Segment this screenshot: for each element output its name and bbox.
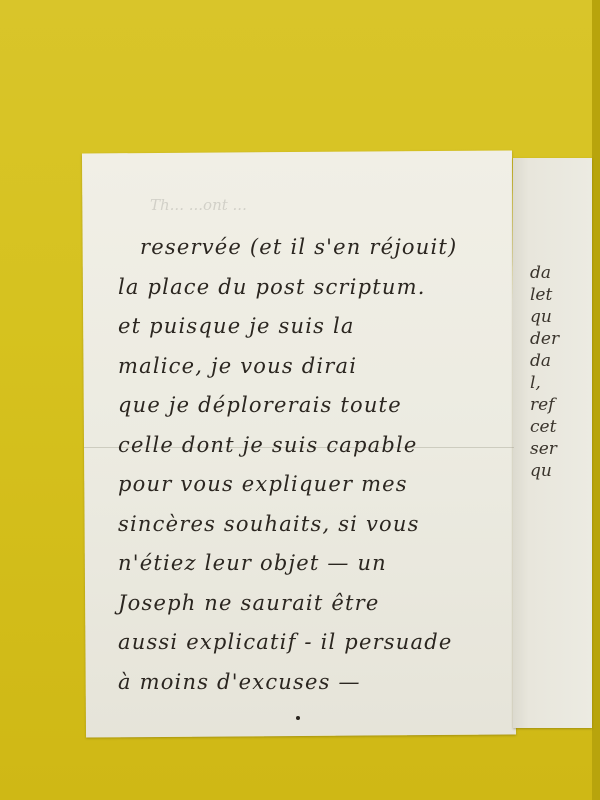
facing-page-text: da let qu der da l, ref cet ser qu (530, 262, 592, 482)
text-line: et puisque je suis la (118, 307, 528, 347)
handwritten-text: reservée (et il s'en réjouit) la place d… (118, 228, 528, 702)
text-line: que je déplorerais toute (118, 386, 528, 426)
bleed-through-text: Th... ...ont ... (150, 196, 247, 214)
text-fragment: da (530, 350, 592, 372)
text-line: malice, je vous dirai (118, 347, 528, 387)
ink-dot (296, 716, 300, 720)
text-line: la place du post scriptum. (118, 268, 528, 308)
text-fragment: ser (530, 438, 592, 460)
text-line: n'étiez leur objet — un (118, 544, 528, 584)
background-shadow-band (592, 0, 600, 800)
text-fragment: qu (530, 306, 592, 328)
text-fragment: let (530, 284, 592, 306)
text-fragment: ref (530, 394, 592, 416)
text-line: reservée (et il s'en réjouit) (118, 228, 528, 268)
text-fragment: cet (530, 416, 592, 438)
text-line: sincères souhaits, si vous (118, 505, 528, 545)
text-fragment: qu (530, 460, 592, 482)
text-fragment: da (530, 262, 592, 284)
text-fragment: l, (530, 372, 592, 394)
text-line: pour vous expliquer mes (118, 465, 528, 505)
text-line: à moins d'excuses — (118, 663, 528, 703)
text-line: celle dont je suis capable (118, 426, 528, 466)
text-line: Joseph ne saurait être (118, 584, 528, 624)
text-line: aussi explicatif - il persuade (118, 623, 528, 663)
text-fragment: der (530, 328, 592, 350)
